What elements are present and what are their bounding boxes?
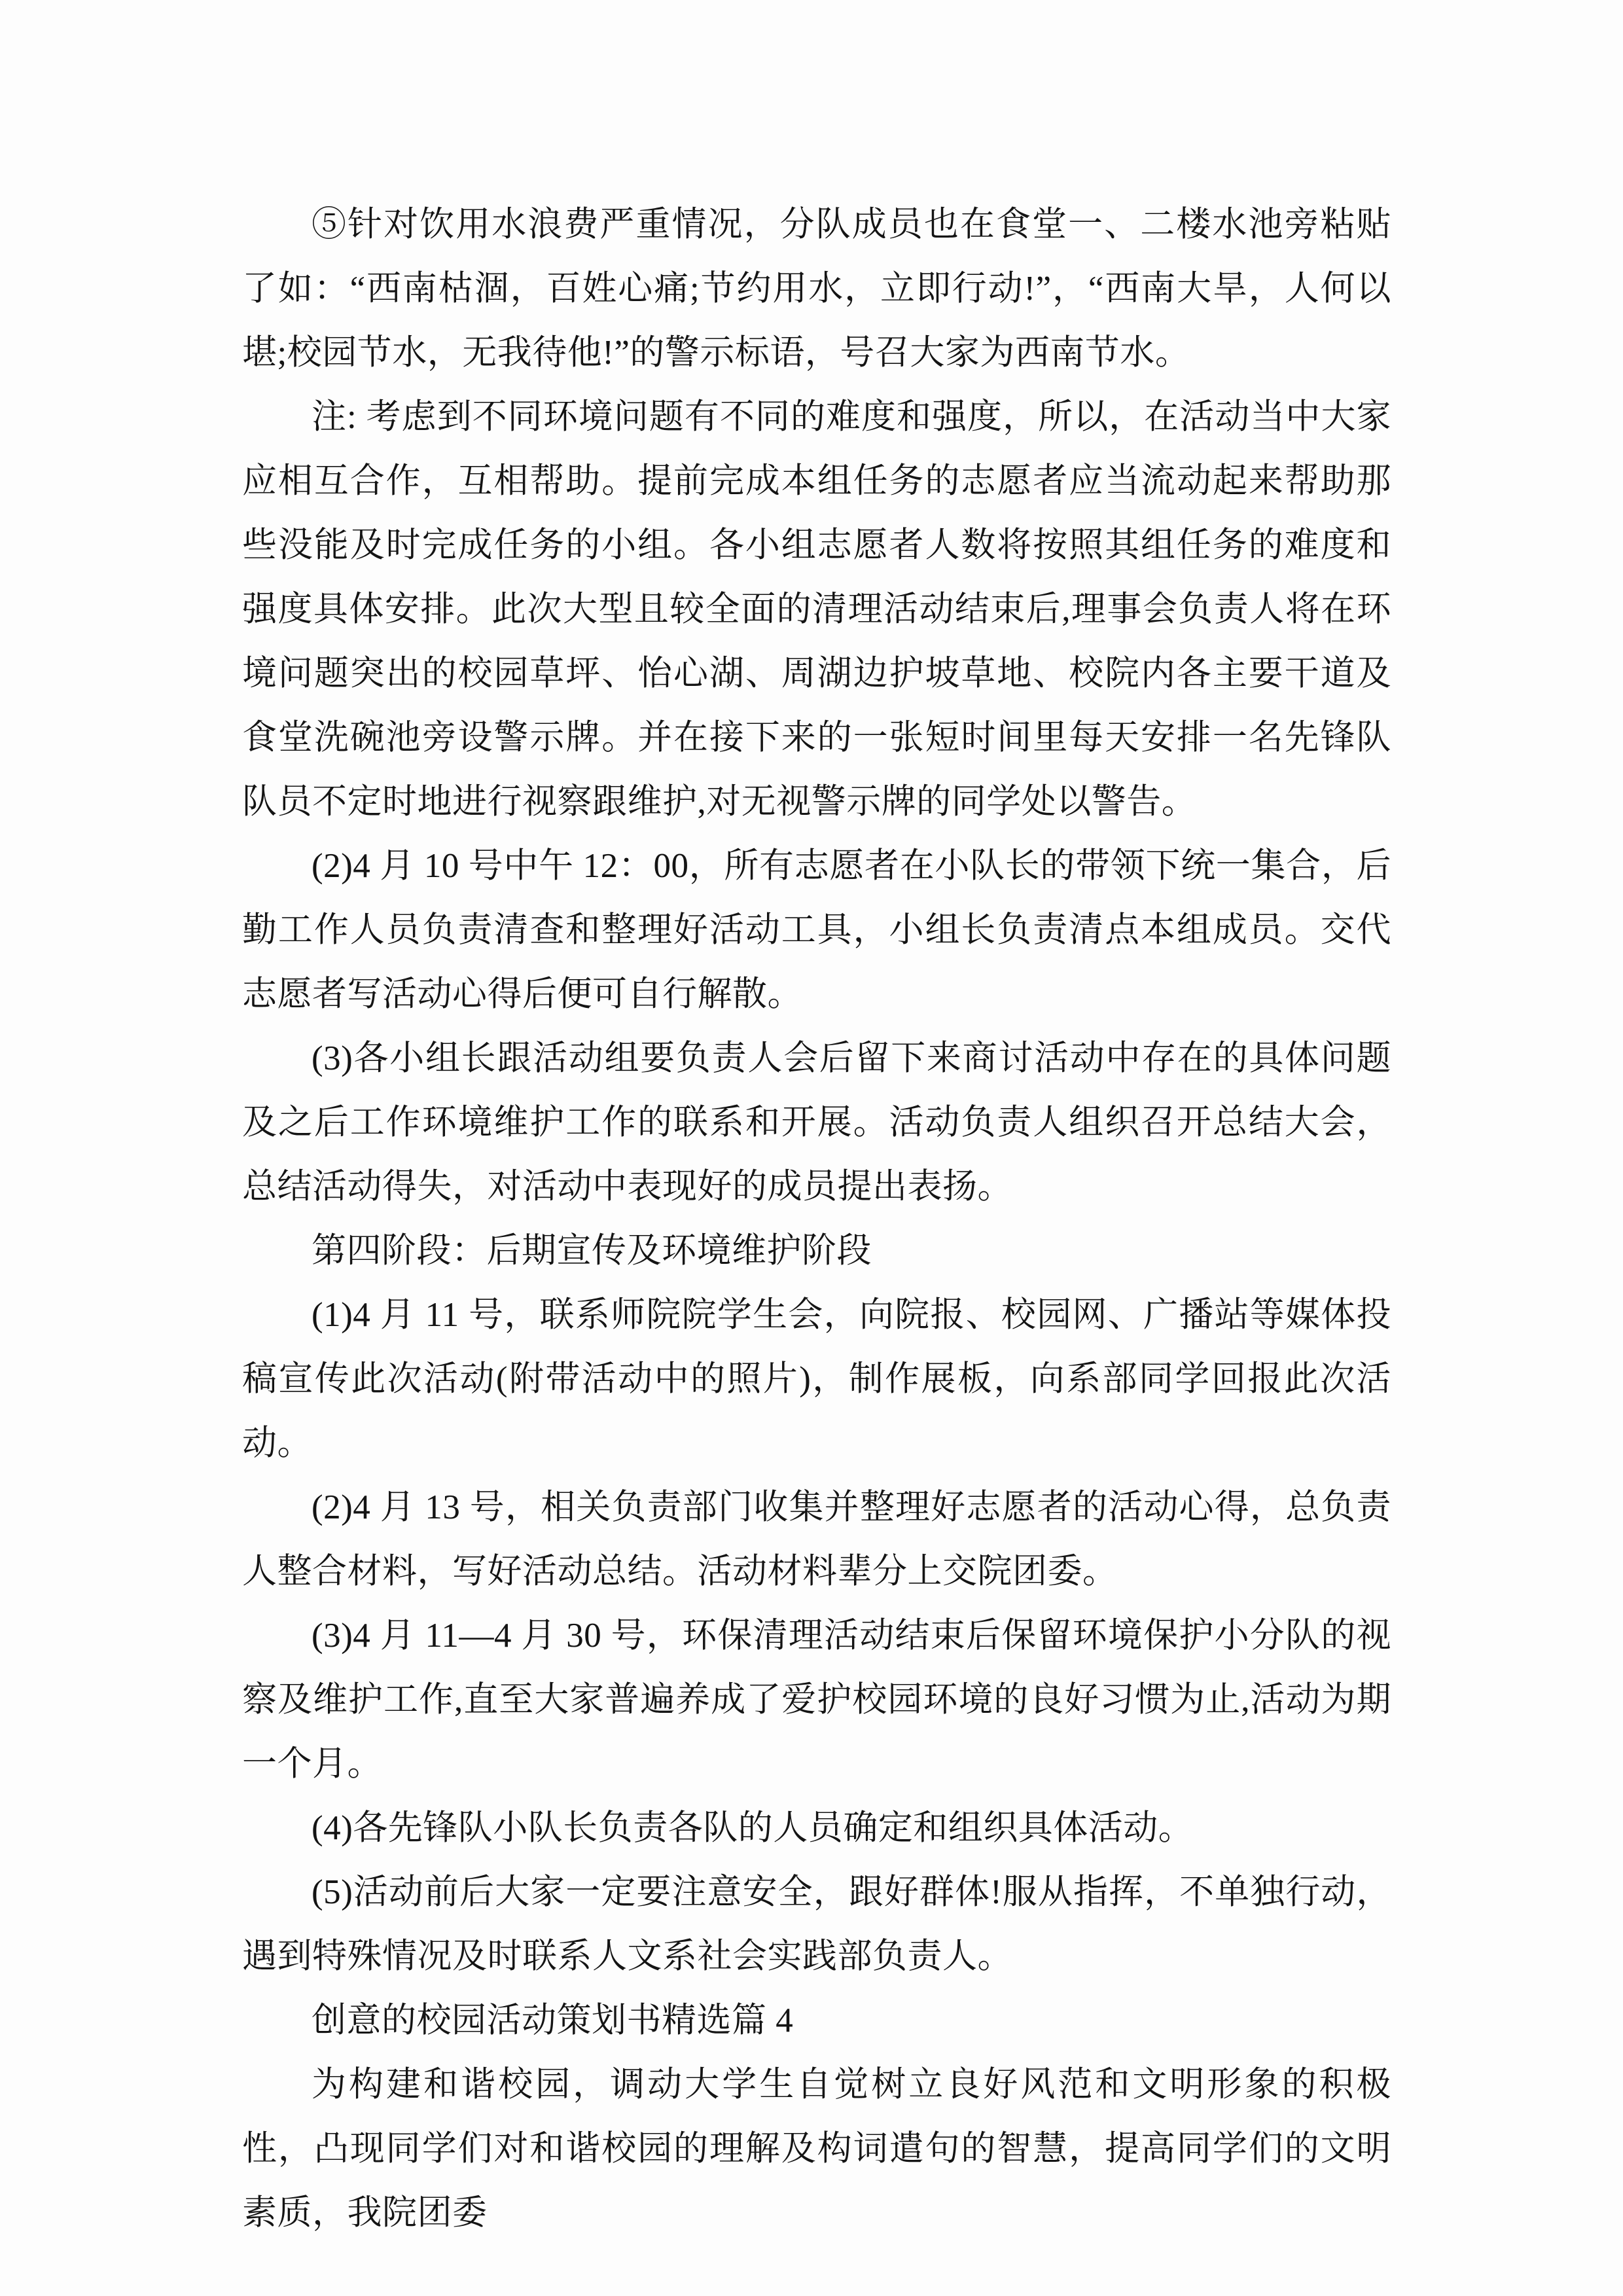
paragraph-item-4-team-leaders: (4)各先锋队小队长负责各队的人员确定和组织具体活动。 (242, 1796, 1391, 1860)
document-text-block: ⑤针对饮用水浪费严重情况，分队成员也在食堂一、二楼水池旁粘贴了如：“西南枯涸，百… (242, 192, 1391, 2245)
paragraph-note: 注: 考虑到不同环境问题有不同的难度和强度，所以，在活动当中大家应相互合作，互相… (242, 385, 1391, 834)
paragraph-item-3-maintenance: (3)4 月 11—4 月 30 号，环保清理活动结束后保留环境保护小分队的视察… (242, 1604, 1391, 1796)
paragraph-harmonious-campus-intro: 为构建和谐校园，调动大学生自觉树立良好风范和文明形象的积极性，凸现同学们对和谐校… (242, 2053, 1391, 2245)
paragraph-item-2-materials: (2)4 月 13 号，相关负责部门收集并整理好志愿者的活动心得，总负责人整合材… (242, 1475, 1391, 1604)
paragraph-stage-4-heading: 第四阶段：后期宣传及环境维护阶段 (242, 1219, 1391, 1283)
paragraph-selection-4-title: 创意的校园活动策划书精选篇 4 (242, 1988, 1391, 2053)
paragraph-water-waste-notice: ⑤针对饮用水浪费严重情况，分队成员也在食堂一、二楼水池旁粘贴了如：“西南枯涸，百… (242, 192, 1391, 385)
paragraph-item-2-assembly: (2)4 月 10 号中午 12：00，所有志愿者在小队长的带领下统一集合，后勤… (242, 834, 1391, 1026)
paragraph-item-1-publicity: (1)4 月 11 号，联系师院院学生会，向院报、校园网、广播站等媒体投稿宣传此… (242, 1283, 1391, 1475)
document-page: ⑤针对饮用水浪费严重情况，分队成员也在食堂一、二楼水池旁粘贴了如：“西南枯涸，百… (0, 0, 1623, 2296)
paragraph-item-3-discussion: (3)各小组长跟活动组要负责人会后留下来商讨活动中存在的具体问题及之后工作环境维… (242, 1026, 1391, 1219)
paragraph-item-5-safety: (5)活动前后大家一定要注意安全，跟好群体!服从指挥，不单独行动，遇到特殊情况及… (242, 1860, 1391, 1988)
